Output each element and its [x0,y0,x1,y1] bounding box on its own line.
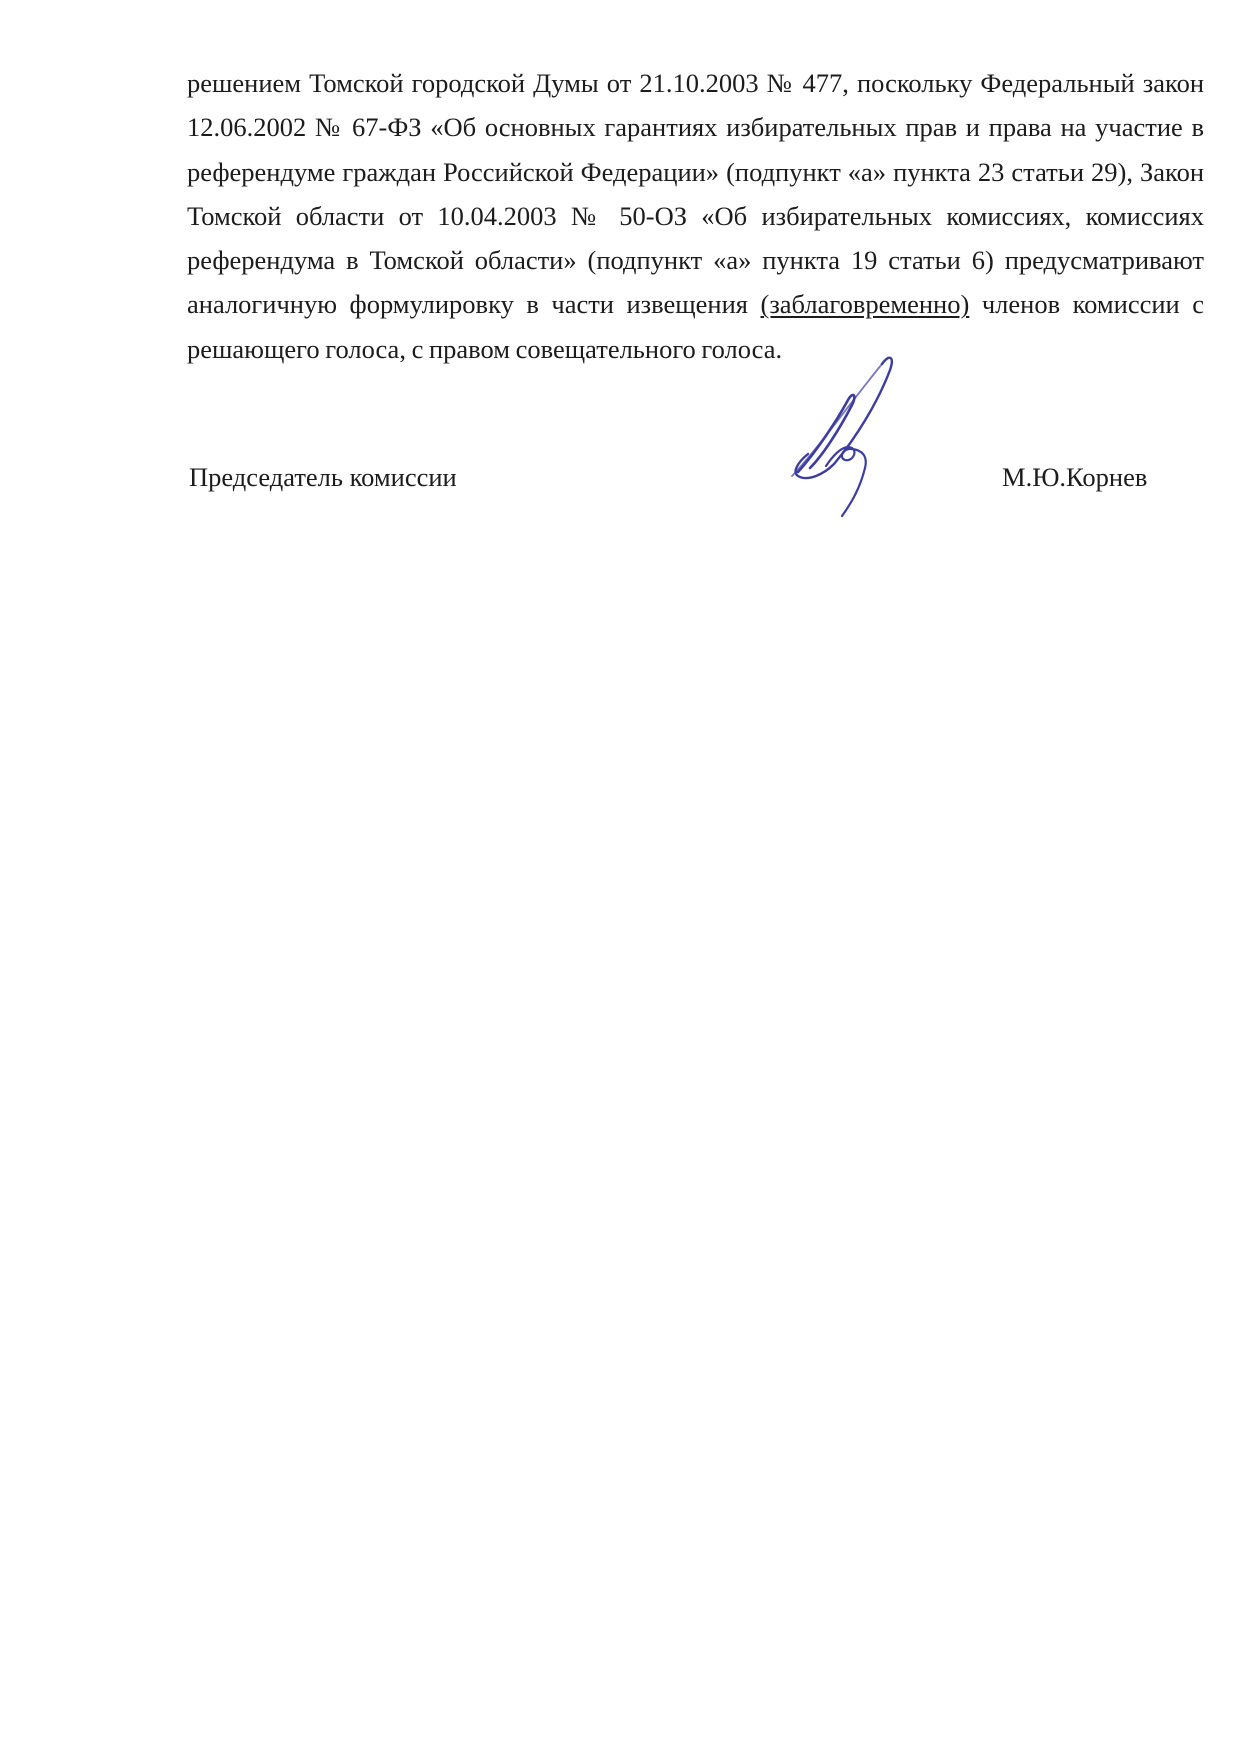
document-page: решением Томской городской Думы от 21.10… [0,0,1240,1753]
paragraph-line: аналогичную формулировку в части извещен… [187,282,1204,326]
line-segment: аналогичную формулировку в части извещен… [187,289,761,319]
paragraph-line: Томской области от 10.04.2003 № 50-ОЗ «О… [187,194,1204,238]
paragraph-line: 12.06.2002 № 67-ФЗ «Об основных гарантия… [187,105,1204,149]
paragraph-line: референдуме граждан Российской Федерации… [187,150,1204,194]
paragraph-line: референдума в Томской области» (подпункт… [187,238,1204,282]
underlined-term: (заблаговременно) [761,289,970,319]
paragraph-last-line: решающего голоса, с правом совещательног… [187,327,1204,371]
signature-row: Председатель комиссии М.Ю.Корнев [187,455,1204,499]
paragraph-line: решением Томской городской Думы от 21.10… [187,61,1204,105]
signature-title-label: Председатель комиссии [189,455,457,499]
signatory-name: М.Ю.Корнев [1002,455,1147,499]
paragraph-block: решением Томской городской Думы от 21.10… [187,61,1204,371]
